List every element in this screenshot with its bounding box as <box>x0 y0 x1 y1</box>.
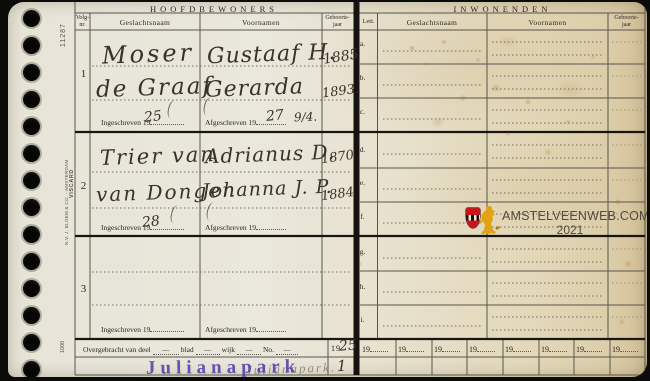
afgeschreven-line: Afgeschreven 19 <box>205 323 286 334</box>
handwritten-ingeschreven-year: 25 <box>143 108 162 126</box>
row-number-3: 3 <box>77 283 90 295</box>
year-cell: 19 <box>398 343 424 354</box>
year-cell: 19 <box>362 343 388 354</box>
column-header-geslachtsnaam: Geslachtsnaam <box>90 18 200 27</box>
year-cell: 19 <box>612 343 638 354</box>
handwritten-surname: Trier van <box>100 142 217 170</box>
year-cell: 19 <box>541 343 567 354</box>
hoofdbewoners-title: HOOFDBEWONERS <box>75 4 353 14</box>
handwritten-ingeschreven-year: 28 <box>141 213 160 231</box>
handwritten-surname: de Graaf <box>96 73 214 103</box>
row-number-2: 2 <box>77 180 90 192</box>
column-header-volgnr: Volg- nr. <box>75 15 90 28</box>
julianapark-stamp: Julianapark <box>146 356 300 377</box>
ingeschreven-line: Ingeschreven 19 <box>101 323 184 334</box>
handwritten-first-year: 25 <box>338 337 357 354</box>
letter-row-label: b. <box>354 73 371 82</box>
handwritten-volume-number: 1 <box>337 357 347 375</box>
handwritten-firstnames: Adrianus D. <box>205 140 336 169</box>
handwritten-afgeschreven-year: 27 <box>265 107 284 125</box>
lion-icon <box>479 204 501 234</box>
year-cell: 19 <box>576 343 602 354</box>
year-cell: 19 <box>469 343 495 354</box>
column-header-lett: Lett. <box>360 18 377 25</box>
inwonenden-title: INWONENDEN <box>360 4 645 14</box>
handwritten-firstnames: Gerarda <box>205 74 305 102</box>
row-number-1: 1 <box>77 68 90 80</box>
afgeschreven-line: Afgeschreven 19 <box>205 221 286 232</box>
column-header-geslachtsnaam-right: Geslachtsnaam <box>377 18 487 27</box>
handwritten-surname: Moser <box>102 38 195 69</box>
handwritten-firstnames: Johanna J. P. <box>202 176 333 203</box>
letter-row-label: i. <box>354 315 371 324</box>
letter-row-label: e. <box>354 178 371 187</box>
registration-card: 11287 VISCARD N.V. J. BLOEM & CO. - AMST… <box>8 2 647 377</box>
year-cell: 19 <box>434 343 460 354</box>
watermark-site-text: AMSTELVEENWEB.COM <box>502 209 647 223</box>
column-header-voornamen-right: Voornamen <box>487 18 608 27</box>
scan-background: 11287 VISCARD N.V. J. BLOEM & CO. - AMST… <box>0 0 650 381</box>
letter-row-label: d. <box>354 145 371 154</box>
handwritten-afgeschreven-date: 9/4. <box>294 110 318 125</box>
column-header-voornamen: Voornamen <box>200 18 322 27</box>
letter-row-label: a. <box>354 39 371 48</box>
watermark-year-text: 2021 <box>502 223 638 237</box>
column-header-geboortejaar: Geboorte- jaar <box>322 15 353 28</box>
letter-row-label: f. <box>354 212 371 221</box>
year-cell: 19 <box>505 343 531 354</box>
overgebracht-line: Overgebracht van deel—blad—wijk—No.— <box>83 345 300 355</box>
handwritten-firstnames: Gustaaf H. <box>207 40 337 70</box>
letter-row-label: c. <box>354 107 371 116</box>
letter-row-label: h. <box>354 282 371 291</box>
column-header-geboortejaar-right: Geboorte- jaar <box>608 15 645 28</box>
letter-row-label: g. <box>354 247 371 256</box>
